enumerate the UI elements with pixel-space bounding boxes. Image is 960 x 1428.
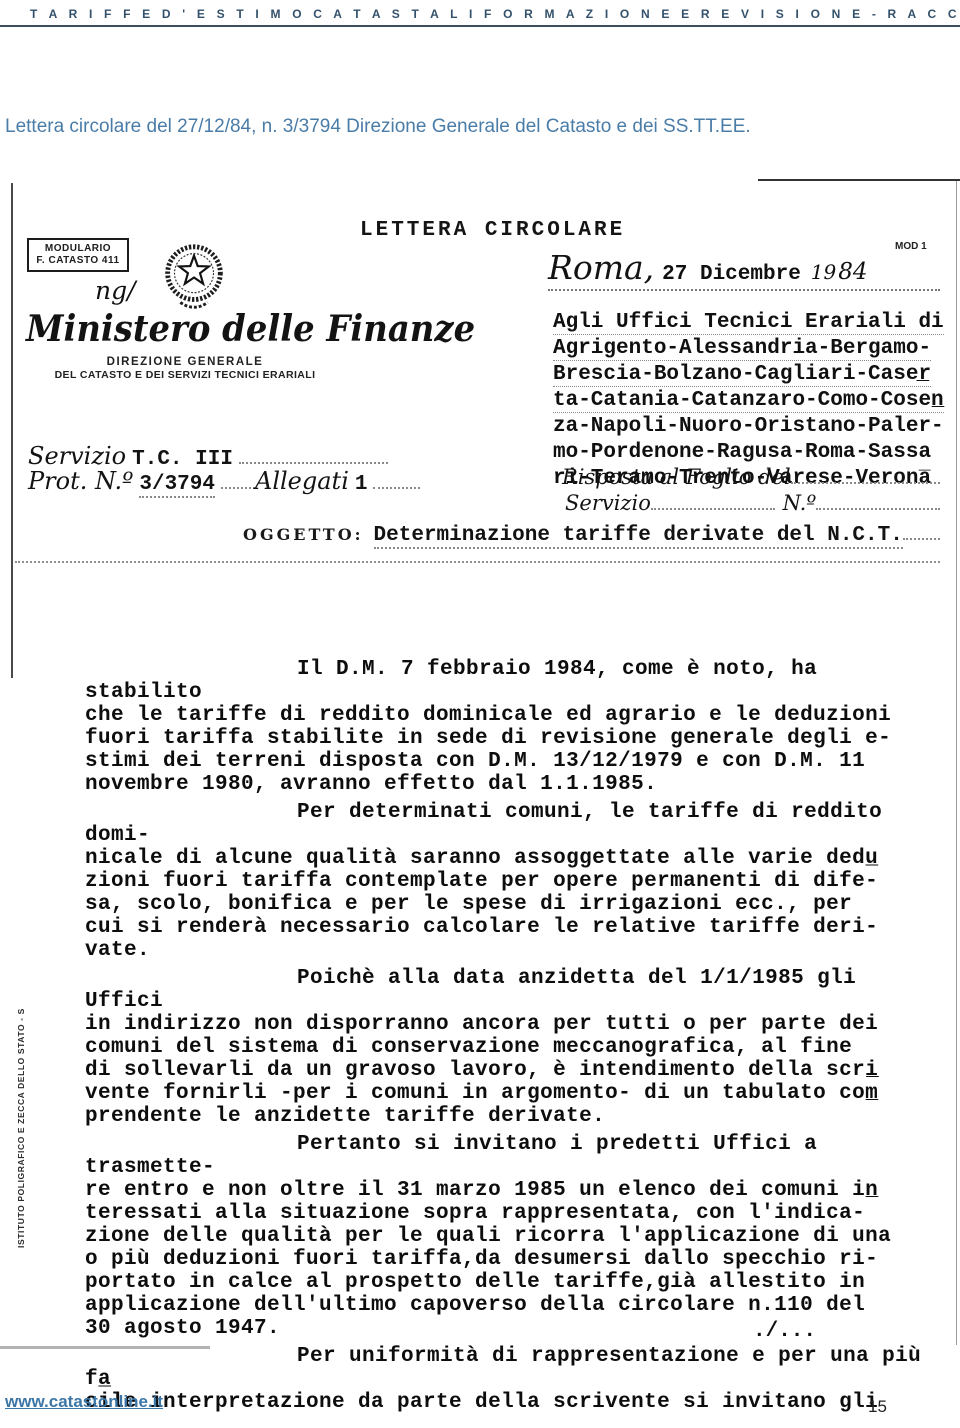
year-printed: 19 — [811, 260, 836, 284]
oggetto-field: OGGETTO: Determinazione tariffe derivate… — [243, 522, 940, 549]
printer-margin-text: ISTITUTO POLIGRAFICO E ZECCA DELLO STATO… — [16, 1008, 26, 1248]
body-paragraph: Per determinati comuni, le tariffe di re… — [85, 801, 947, 962]
protocol-field: Prot. N.º 3/3794 Allegati 1 — [28, 467, 420, 498]
continuation-mark: ./... — [753, 1320, 816, 1343]
allegati-label: Allegati — [255, 467, 349, 495]
letter-type-heading: LETTERA CIRCOLARE — [360, 219, 625, 242]
header-rule — [0, 25, 960, 27]
body-paragraph: Il D.M. 7 febbraio 1984, come è noto, ha… — [85, 658, 947, 796]
allegati-value: 1 — [355, 473, 368, 496]
separator-dotted-line — [15, 561, 940, 563]
recipient-line-text: Agli Uffici Tecnici Erariali di — [553, 311, 944, 335]
recipient-line: ta-Catania-Catanzaro-Como-Cosen̲ — [553, 388, 944, 414]
protocol-number: 3/3794 — [139, 473, 215, 498]
scan-right-edge-line — [956, 181, 957, 1345]
footer-website-link[interactable]: www.catastonline.it — [5, 1392, 163, 1412]
body-paragraph: Poichè alla data anzidetta del 1/1/1985 … — [85, 967, 947, 1128]
body-paragraph: Pertanto si invitano i predetti Uffici a… — [85, 1133, 947, 1340]
recipient-line-text: mo-Pordenone-Ragusa-Roma-Sassa — [553, 441, 931, 464]
servizio2-label: Servizio — [565, 491, 651, 515]
dotted-rule — [903, 522, 940, 540]
place-date-line: Roma, 27 Dicembre 19 84 — [548, 248, 940, 291]
dotted-rule — [651, 492, 775, 510]
servizio-n-field: Servizio N.º — [565, 491, 940, 515]
place-script: Roma, — [548, 248, 654, 287]
oggetto-value: Determinazione tariffe derivate del N.C.… — [374, 524, 903, 549]
servizio-label: Servizio — [28, 442, 126, 470]
dotted-rule — [791, 466, 940, 484]
scan-left-edge-line — [11, 183, 13, 678]
recipient-line: Agli Uffici Tecnici Erariali di — [553, 310, 944, 336]
recipient-line: Agrigento-Alessandria-Bergamo- — [553, 336, 944, 362]
recipient-line-text: ta-Catania-Catanzaro-Como-Cosen̲ — [553, 389, 944, 413]
dotted-rule — [239, 446, 388, 464]
letter-body: Il D.M. 7 febbraio 1984, come è noto, ha… — [85, 658, 947, 1419]
ministry-letterhead: Ministero delle Finanze — [26, 308, 475, 350]
scanned-letter: MODULARIO F. CATASTO 411 ng/ LETTERA CIR… — [0, 150, 960, 1355]
direction-general-line1: DIREZIONE GENERALE — [20, 356, 350, 368]
recipient-line-text: za-Napoli-Nuoro-Oristano-Paler- — [553, 415, 944, 438]
body-paragraph: Per uniformità di rappresentazione e per… — [85, 1345, 947, 1414]
date-typed: 27 Dicembre — [662, 263, 801, 286]
year-handwritten: 84 — [838, 259, 867, 285]
scan-top-edge-line — [758, 179, 960, 181]
dotted-rule — [816, 492, 940, 510]
protocol-label: Prot. N.º — [28, 467, 133, 495]
handwritten-initials: ng/ — [95, 276, 136, 305]
recipient-line-text: Brescia-Bolzano-Cagliari-Caser̲ — [553, 363, 931, 387]
page-header-title: T A R I F F E D ' E S T I M O C A T A S … — [30, 7, 950, 21]
recipient-line: za-Napoli-Nuoro-Oristano-Paler- — [553, 414, 944, 440]
document-caption: Lettera circolare del 27/12/84, n. 3/379… — [5, 116, 751, 138]
modulario-stamp-box: MODULARIO F. CATASTO 411 — [27, 238, 129, 272]
direction-general-line2: DEL CATASTO E DEI SERVIZI TECNICI ERARIA… — [20, 369, 350, 381]
recipient-line-text: Agrigento-Alessandria-Bergamo- — [553, 337, 931, 361]
recipient-line: Brescia-Bolzano-Cagliari-Caser̲ — [553, 362, 944, 388]
dotted-rule — [221, 471, 255, 489]
recipient-line: mo-Pordenone-Ragusa-Roma-Sassa — [553, 440, 944, 466]
risposta-label: Risposta al Foglio del — [562, 465, 791, 489]
n-label: N.º — [783, 491, 817, 515]
oggetto-label: OGGETTO: — [243, 525, 364, 544]
risposta-field: Risposta al Foglio del — [562, 465, 940, 489]
page-number: 15 — [868, 1397, 887, 1417]
dotted-rule — [373, 471, 420, 489]
